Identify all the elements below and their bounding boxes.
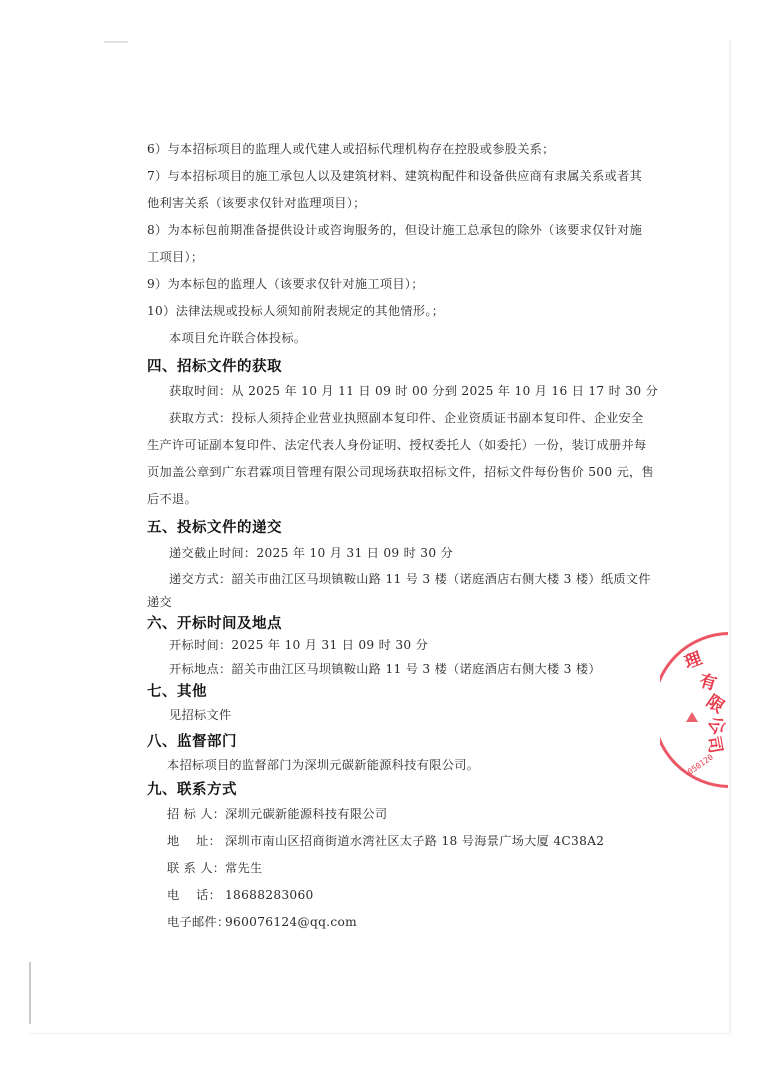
contact-value: 深圳市南山区招商街道水湾社区太子路 18 号海景广场大厦 4C38A2	[225, 834, 604, 848]
opening-time: 开标时间：2025 年 10 月 31 日 09 时 30 分	[169, 636, 428, 653]
contact-row-email: 电子邮件：960076124@qq.com	[167, 913, 357, 930]
acquisition-method: 获取方式：投标人须持企业营业执照副本复印件、企业资质证书副本复印件、企业安全	[169, 409, 644, 426]
page-edge-bottom	[29, 1033, 729, 1034]
contact-value: 深圳元碳新能源科技有限公司	[225, 807, 387, 821]
contact-value: 常先生	[225, 861, 262, 875]
other-body: 见招标文件	[169, 706, 231, 723]
submission-method: 递交方式：韶关市曲江区马坝镇鞍山路 11 号 3 楼（诺庭酒店右侧大楼 3 楼）…	[169, 570, 651, 587]
section-heading-4: 四、招标文件的获取	[147, 355, 282, 376]
acquisition-time: 获取时间：从 2025 年 10 月 11 日 09 时 00 分到 2025 …	[169, 382, 658, 399]
contact-label: 地 址：	[167, 832, 225, 849]
section-heading-7: 七、其他	[147, 680, 207, 701]
section-heading-8: 八、监督部门	[147, 730, 237, 751]
section-heading-5: 五、投标文件的递交	[147, 516, 282, 537]
contact-row-person: 联 系 人：常先生	[167, 859, 262, 876]
contact-label: 电 话：	[167, 886, 225, 903]
consortium-note: 本项目允许联合体投标。	[169, 329, 306, 346]
contact-label: 招 标 人：	[167, 805, 225, 822]
scan-artifact	[104, 41, 128, 43]
list-item-continuation: 他利害关系（该要求仅针对监理项目）；	[147, 194, 366, 211]
contact-value: 960076124@qq.com	[225, 915, 357, 929]
acquisition-method-cont: 生产许可证副本复印件、法定代表人身份证明、授权委托人（如委托）一份，装订成册并每	[147, 436, 647, 453]
submission-method-cont: 递交	[147, 593, 172, 610]
company-seal: 理 有 限 公 司 050120	[660, 620, 728, 790]
list-item: 10）法律法规或投标人须知前附表规定的其他情形。；	[147, 302, 444, 319]
list-item: 8）为本标包前期准备提供设计或咨询服务的，但设计施工总承包的除外（该要求仅针对施	[147, 221, 642, 238]
list-item: 6）与本招标项目的监理人或代建人或招标代理机构存在控股或参股关系；	[147, 140, 555, 157]
list-item: 7）与本招标项目的施工承包人以及建筑材料、建筑构配件和设备供应商有隶属关系或者其	[147, 167, 642, 184]
contact-row-bidder: 招 标 人：深圳元碳新能源科技有限公司	[167, 805, 387, 822]
opening-place: 开标地点：韶关市曲江区马坝镇鞍山路 11 号 3 楼（诺庭酒店右侧大楼 3 楼）	[169, 660, 601, 677]
acquisition-method-cont: 后不退。	[147, 490, 197, 507]
contact-label: 电子邮件：	[167, 913, 225, 930]
section-heading-9: 九、联系方式	[147, 778, 237, 799]
acquisition-method-cont: 页加盖公章到广东君霖项目管理有限公司现场获取招标文件，招标文件每份售价 500 …	[147, 463, 654, 480]
contact-row-address: 地 址：深圳市南山区招商街道水湾社区太子路 18 号海景广场大厦 4C38A2	[167, 832, 604, 849]
document-page: 6）与本招标项目的监理人或代建人或招标代理机构存在控股或参股关系； 7）与本招标…	[0, 0, 760, 1074]
page-edge-left	[29, 962, 31, 1024]
contact-label: 联 系 人：	[167, 859, 225, 876]
supervision-body: 本招标项目的监督部门为深圳元碳新能源科技有限公司。	[167, 756, 479, 773]
contact-row-phone: 电 话：18688283060	[167, 886, 314, 903]
section-heading-6: 六、开标时间及地点	[147, 612, 282, 633]
seal-star-fragment-icon	[686, 712, 698, 722]
submission-deadline: 递交截止时间：2025 年 10 月 31 日 09 时 30 分	[169, 544, 453, 561]
list-item-continuation: 工项目）；	[147, 248, 203, 265]
contact-value: 18688283060	[225, 888, 314, 902]
list-item: 9）为本标包的监理人（该要求仅针对施工项目）；	[147, 275, 424, 292]
page-edge-right	[729, 40, 731, 1035]
